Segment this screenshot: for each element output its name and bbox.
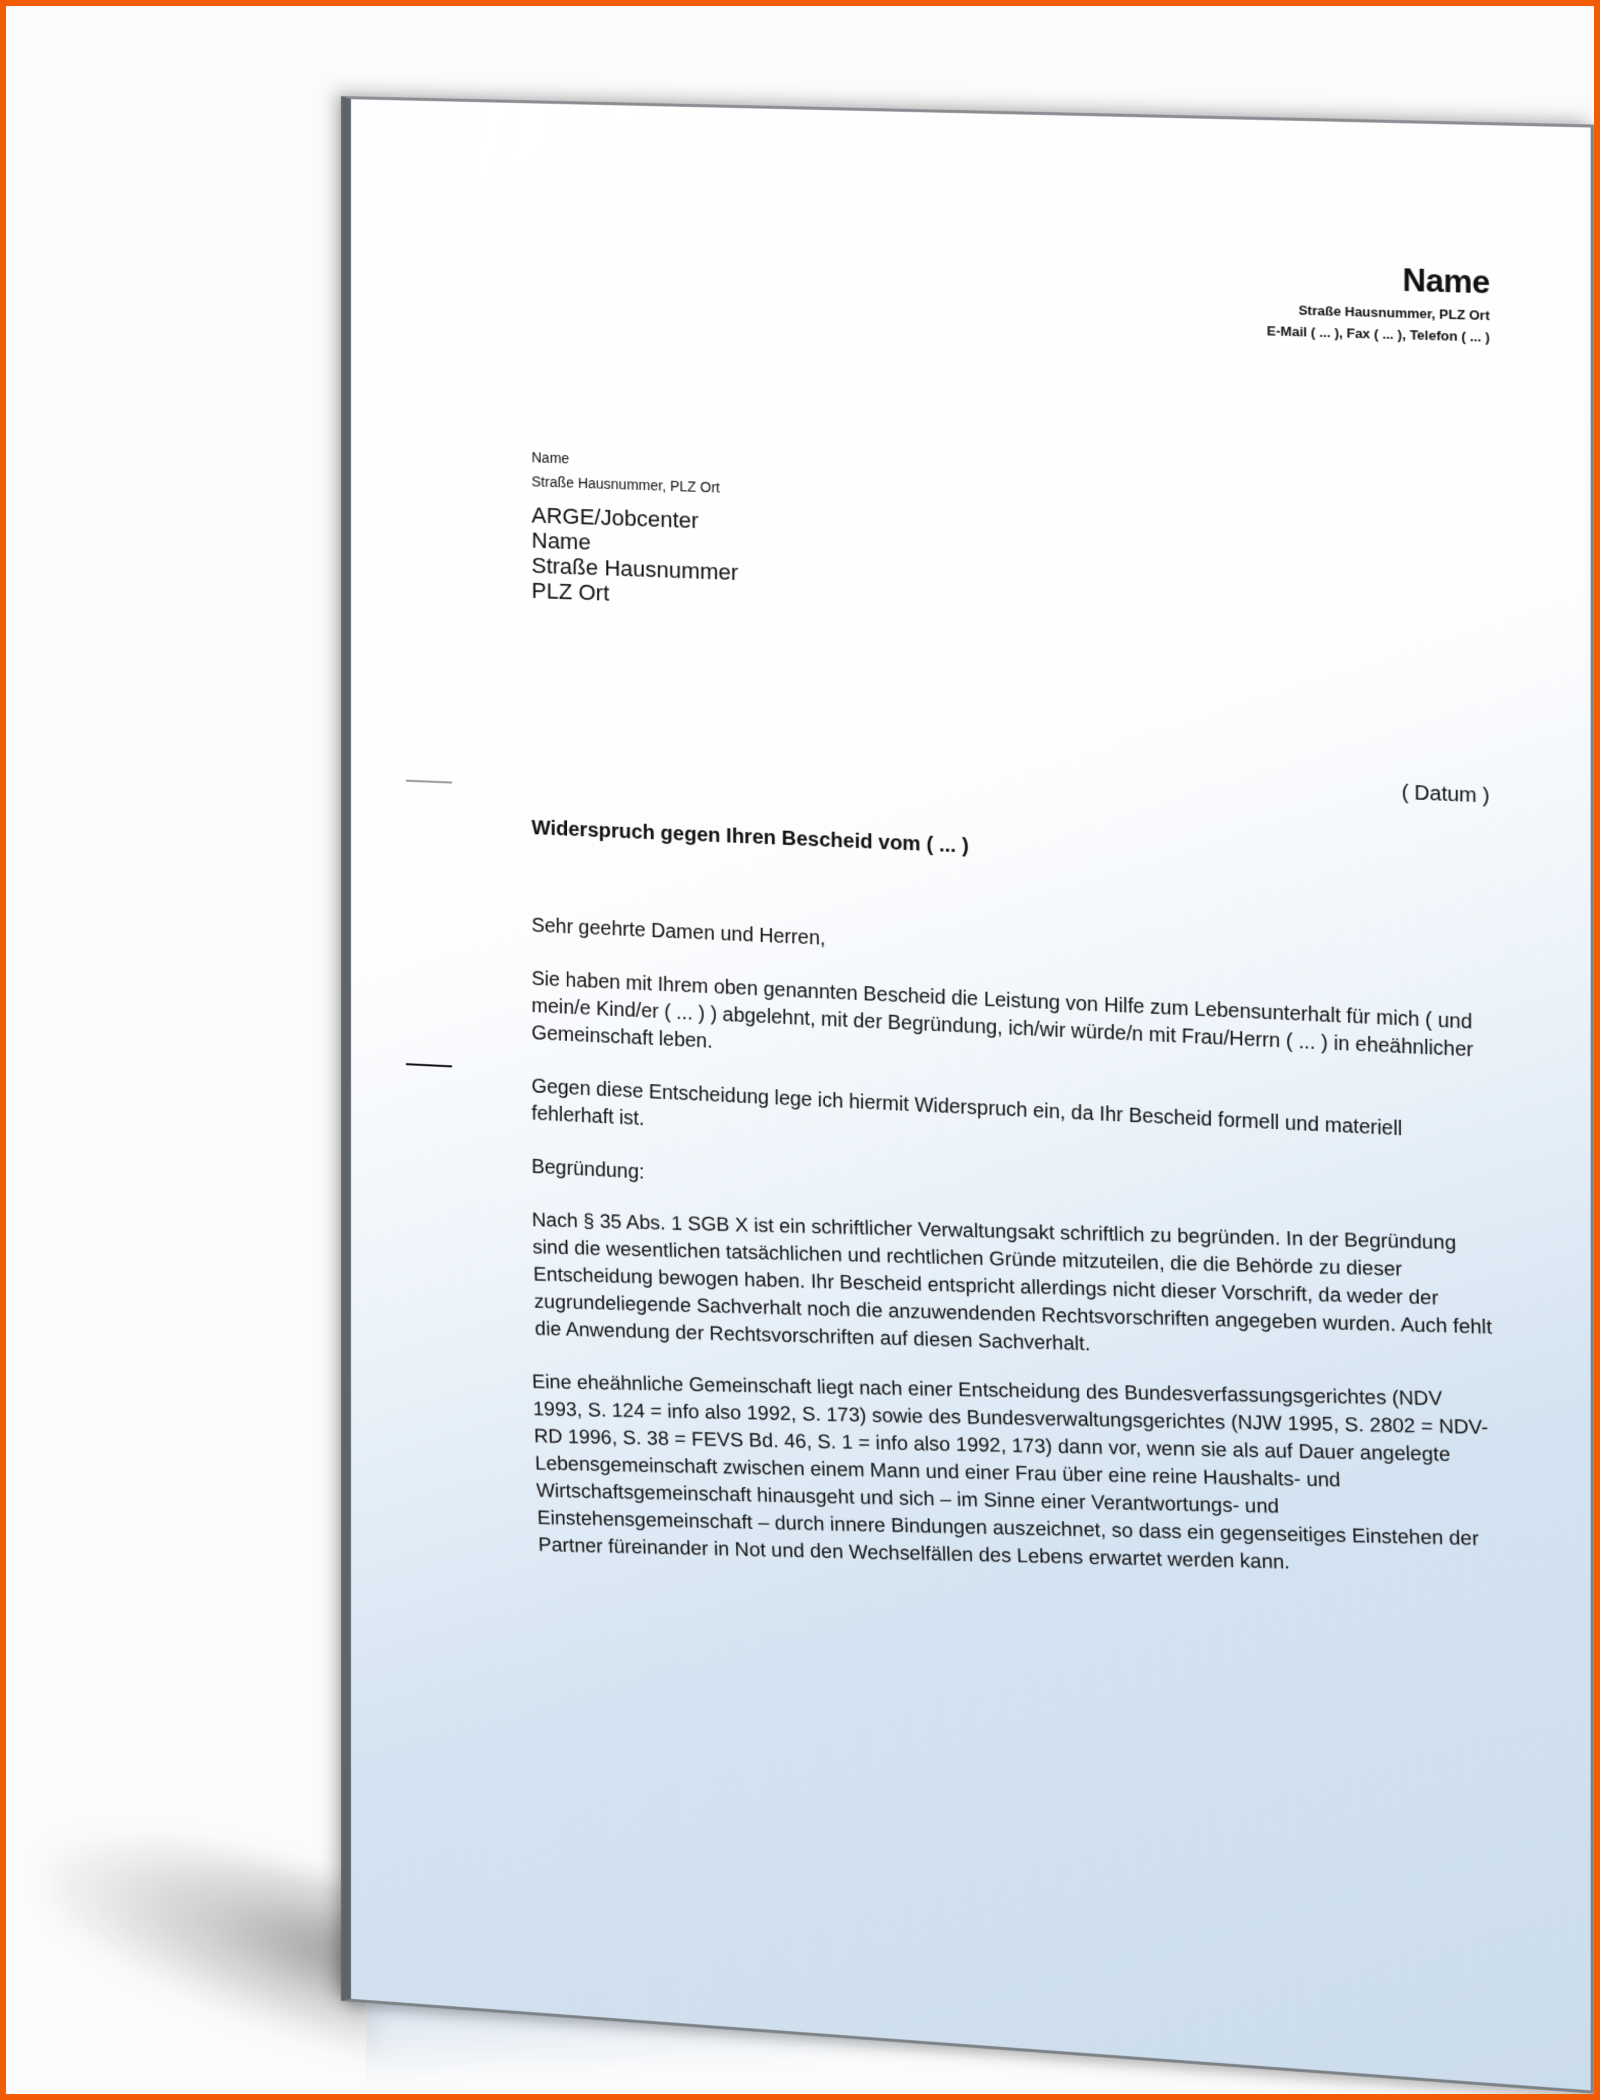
letter-date: ( Datum ) (1402, 781, 1490, 808)
return-address-street: Straße Hausnummer, PLZ Ort (532, 469, 720, 499)
body-paragraph-3: Nach § 35 Abs. 1 SGB X ist ein schriftli… (532, 1207, 1497, 1370)
document-page: Name Straße Hausnummer, PLZ Ort E-Mail (… (341, 96, 1594, 2094)
sender-block: Name Straße Hausnummer, PLZ Ort E-Mail (… (1267, 258, 1490, 344)
body-paragraph-4: Eine eheähnliche Gemeinschaft liegt nach… (532, 1369, 1500, 1582)
recipient-address: ARGE/Jobcenter Name Straße Hausnummer PL… (532, 502, 739, 610)
fold-mark-top (406, 780, 452, 784)
letter-subject: Widerspruch gegen Ihren Bescheid vom ( .… (532, 817, 969, 859)
sender-name: Name (1267, 258, 1490, 301)
page-sheet: Name Straße Hausnummer, PLZ Ort E-Mail (… (341, 96, 1594, 2094)
body-paragraph-1: Sie haben mit Ihrem oben genannten Besch… (532, 966, 1493, 1094)
return-address: Name Straße Hausnummer, PLZ Ort (532, 445, 720, 500)
page-shadow (46, 1805, 376, 2057)
fold-mark-middle (406, 1063, 452, 1067)
letter-body: Sehr geehrte Damen und Herren, Sie haben… (532, 912, 1493, 1644)
image-frame: Name Straße Hausnummer, PLZ Ort E-Mail (… (0, 0, 1600, 2100)
sender-address: Straße Hausnummer, PLZ Ort (1267, 302, 1490, 324)
sender-contact: E-Mail ( ... ), Fax ( ... ), Telefon ( .… (1267, 323, 1490, 345)
